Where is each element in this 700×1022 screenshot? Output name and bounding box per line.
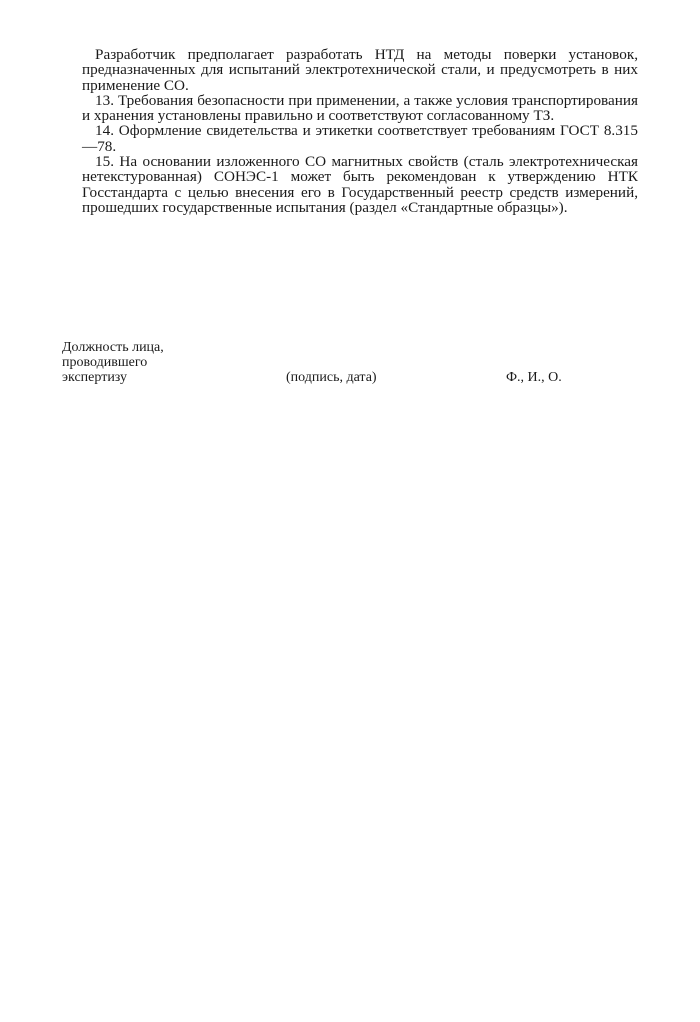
position-label-line: проводившего bbox=[62, 355, 164, 370]
full-name-label: Ф., И., О. bbox=[506, 370, 562, 385]
paragraph-14-certificate: 14. Оформление свидетельства и этикетки … bbox=[82, 123, 638, 154]
paragraph-13-safety: 13. Требования безопасности при применен… bbox=[82, 93, 638, 124]
document-body: Разработчик предполагает разработать НТД… bbox=[82, 47, 638, 215]
position-label-line: Должность лица, bbox=[62, 340, 164, 355]
paragraph-15-conclusion: 15. На основании изложенного СО магнитны… bbox=[82, 154, 638, 215]
signature-date-label: (подпись, дата) bbox=[286, 370, 377, 385]
position-label-line: экспертизу bbox=[62, 370, 164, 385]
position-label: Должность лица, проводившего экспертизу bbox=[62, 340, 164, 385]
paragraph-developer-plan: Разработчик предполагает разработать НТД… bbox=[82, 47, 638, 93]
